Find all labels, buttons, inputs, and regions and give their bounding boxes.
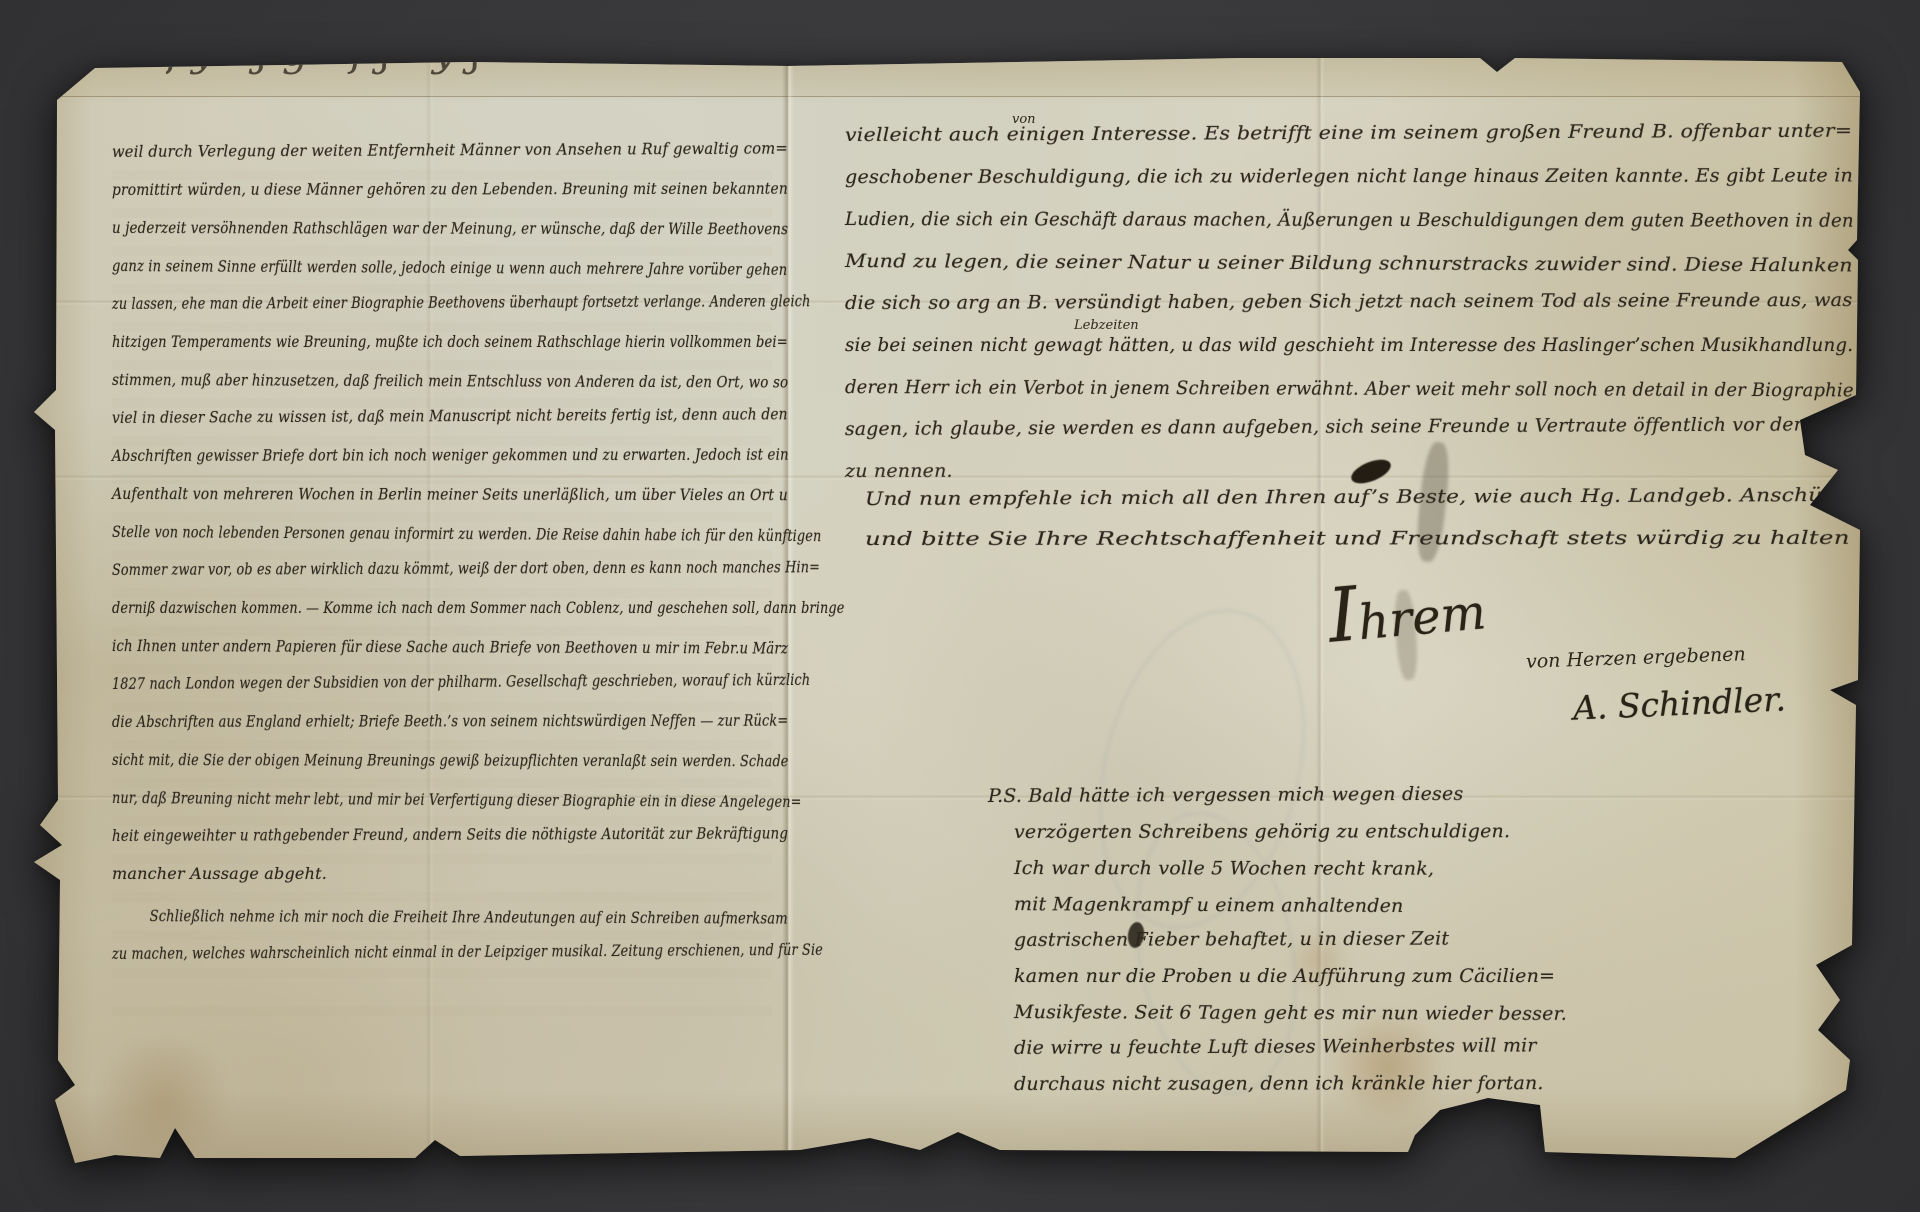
letter-sheet: ʃy ʃg fʃ yʃ weil durch Verlegung der wei… [28, 50, 1868, 1170]
handwriting-line: heit eingeweihter u rathgebender Freund,… [112, 823, 788, 864]
handwriting-line: u jederzeit versöhnenden Rathschlägen wa… [112, 218, 788, 257]
postscript-line: Ich war durch volle 5 Wochen recht krank… [988, 857, 1434, 894]
postscript-line: die wirre u feuchte Luft dieses Weinherb… [988, 1034, 1537, 1073]
handwriting-line: geschobener Beschuldigung, die ich zu wi… [845, 164, 1853, 208]
cut-off-strokes: ʃy ʃg fʃ yʃ [166, 56, 706, 75]
handwriting-line: zu lassen, ehe man die Arbeit einer Biog… [112, 291, 811, 332]
letter-sheet-shadow: ʃy ʃg fʃ yʃ weil durch Verlegung der wei… [0, 0, 1920, 1212]
handwriting-line: sagen, ich glaube, sie werden es dann au… [845, 413, 1853, 460]
interlinear-insertion: von [1012, 112, 1036, 127]
handwriting-line: 1827 nach London wegen der Subsidien von… [112, 670, 810, 712]
handwriting-line: Sommer zwar vor, ob es aber wirklich daz… [112, 557, 820, 598]
valediction: von Herzen ergebenen [1526, 643, 1746, 673]
handwriting-line: hitzigen Temperaments wie Breuning, mußt… [112, 332, 788, 370]
postscript-line: Musikfeste. Seit 6 Tagen geht es mir nun… [988, 1001, 1567, 1039]
edge-shading-bottom [28, 1090, 1868, 1170]
handwriting-line: Ludien, die sich ein Geschäft daraus mac… [845, 208, 1854, 252]
postscript-line: P.S. Bald hätte ich vergessen mich wegen… [988, 783, 1464, 821]
handwriting-line: mancher Aussage abgeht. [112, 864, 327, 902]
postscript-line: verzögerten Schreibens gehörig zu entsch… [988, 820, 1510, 857]
signature: A. Schindler. [1572, 679, 1786, 727]
handwriting-line: Und nun empfehle ich mich all den Ihren … [865, 484, 1850, 528]
interlinear-insertion: Lebzeiten [1074, 318, 1139, 333]
handwriting-line: die sich so arg an B. versündigt haben, … [845, 289, 1853, 334]
scan-background: ʃy ʃg fʃ yʃ weil durch Verlegung der wei… [0, 0, 1920, 1212]
handwriting-line: weil durch Verlegung der weiten Entfernh… [112, 139, 788, 180]
handwriting-line: Abschriften gewisser Briefe dort bin ich… [112, 445, 789, 484]
handwriting-line: viel in dieser Sache zu wissen ist, daß … [112, 404, 788, 446]
edge-shading-left [28, 50, 92, 1170]
edge-shading-top [28, 50, 1868, 104]
handwriting-line: derniß dazwischen kommen. — Komme ich na… [112, 598, 844, 636]
closing-pronoun: Ihrem [1325, 559, 1489, 659]
handwriting-line: promittirt würden, u diese Männer gehöre… [112, 179, 788, 218]
cut-off-handwriting-fragment: ʃy ʃg fʃ yʃ [166, 56, 706, 94]
postscript-block: P.S. Bald hätte ich vergessen mich wegen… [988, 785, 1567, 1109]
handwriting-line: und bitte Sie Ihre Rechtschaffenheit und… [865, 527, 1850, 568]
top-fold-strip [28, 50, 1868, 97]
right-page-paragraph2: Und nun empfehle ich mich all den Ihren … [865, 488, 1727, 568]
handwriting-line: sie bei seinen nicht gewagt hätten, u da… [845, 334, 1853, 376]
handwriting-line: zu machen, welches wahrscheinlich nicht … [112, 940, 823, 982]
handwriting-line: die Abschriften aus England erhielt; Bri… [112, 711, 788, 750]
handwriting-line: vielleicht auch einigen Interesse. Es be… [845, 120, 1853, 166]
postscript-line: kamen nur die Proben u die Aufführung zu… [988, 965, 1555, 1001]
right-page-paragraph1: vielleicht auch einigen Interesse. Es be… [845, 124, 1912, 502]
handwriting-line: Aufenthalt von mehreren Wochen in Berlin… [112, 484, 788, 523]
paper-stain [88, 1040, 238, 1160]
handwriting-line: sicht mit, die Sie der obigen Meinung Br… [112, 750, 789, 789]
postscript-line: gastrischen Fieber behaftet, u in dieser… [988, 928, 1449, 965]
postscript-line: durchaus nicht zusagen, denn ich kränkle… [988, 1072, 1544, 1109]
postscript-line: mit Magenkrampf u einem anhaltenden [988, 893, 1404, 931]
